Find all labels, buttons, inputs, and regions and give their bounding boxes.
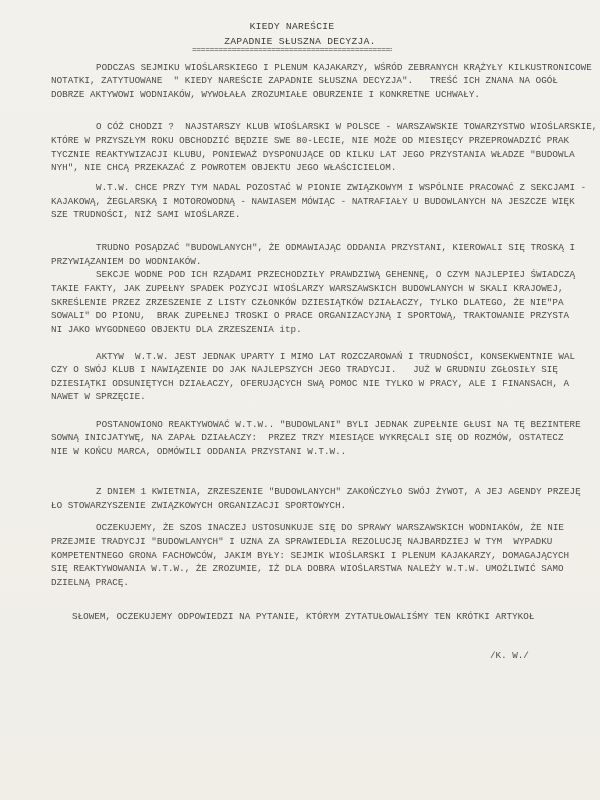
paragraph-7-line-3: NIE W KOŃCU MARCA, ODMÓWILI ODDANIA PRZY… (51, 445, 346, 458)
paragraph-3-line-3: SZE TRUDNOŚCI, NIŻ SAMI WIOŚLARZE. (51, 208, 240, 221)
paragraph-6-line-3: DZIESIĄTKI ODSUNIĘTYCH DZIAŁACZY, OFERUJ… (51, 377, 569, 390)
paragraph-6-line-4: NAWET W SPRZĘCIE. (51, 390, 146, 403)
paragraph-3-line-2: KAJAKOWĄ, ŻEGLARSKĄ I MOTOROWODNĄ - NAWI… (51, 195, 575, 208)
paragraph-9-line-4: SIĘ REAKTYWOWANIA W.T.W., ŻE ZROZUMIE, I… (51, 562, 564, 575)
paragraph-4-line-2: PRZYWIĄZANIEM DO WODNIAKÓW. (51, 255, 201, 268)
paragraph-1-line-1: PODCZAS SEJMIKU WIOŚLARSKIEGO I PLENUM K… (96, 61, 592, 74)
author-signature: /K. W./ (490, 650, 529, 661)
paragraph-5-line-3: SKREŚLENIE PRZEZ ZRZESZENIE Z LISTY CZŁO… (51, 296, 564, 309)
title-underline-rule: ========================================… (192, 46, 392, 55)
paragraph-1-line-3: DOBRZE AKTYWOWI WODNIAKÓW, WYWOŁAŁA ZROZ… (51, 88, 480, 101)
paragraph-8-line-2: ŁO STOWARZYSZENIE ZWIĄZKOWYCH ORGANIZACJ… (51, 499, 346, 512)
paragraph-7-line-2: SOWNĄ INICJATYWĘ, NA ZAPAŁ DZIAŁACZY: PR… (51, 431, 564, 444)
paragraph-10-line-1: SŁOWEM, OCZEKUJEMY ODPOWIEDZI NA PYTANIE… (72, 610, 534, 623)
paragraph-3-line-1: W.T.W. CHCE PRZY TYM NADAL POZOSTAĆ W PI… (96, 181, 586, 194)
paragraph-2-line-2: KTÓRE W PRZYSZŁYM ROKU OBCHODZIĆ BĘDZIE … (51, 134, 569, 147)
paragraph-9-line-3: KOMPETENTNEGO GRONA FACHOWCÓW, JAKIM BYŁ… (51, 549, 569, 562)
paragraph-9-line-5: DZIELNĄ PRACĘ. (51, 576, 129, 589)
paragraph-7-line-1: POSTANOWIONO REAKTYWOWAĆ W.T.W.. "BUDOWL… (96, 418, 581, 431)
typewritten-page: KIEDY NAREŚCIE ZAPADNIE SŁUSZNA DECYZJA.… (0, 0, 600, 800)
document-title-line-1: KIEDY NAREŚCIE (0, 21, 592, 32)
paragraph-2-line-1: O CÓŻ CHODZI ? NAJSTARSZY KLUB WIOŚLARSK… (96, 120, 597, 133)
paragraph-4-line-1: TRUDNO POSĄDZAĆ "BUDOWLANYCH", ŻE ODMAWI… (96, 241, 575, 254)
paragraph-6-line-1: AKTYW W.T.W. JEST JEDNAK UPARTY I MIMO L… (96, 350, 575, 363)
paragraph-6-line-2: CZY O SWÓJ KLUB I NAWIĄZENIE DO JAK NAJL… (51, 363, 558, 376)
paragraph-2-line-3: TYCZNIE REAKTYWIZACJI KLUBU, PONIEWAŻ DY… (51, 148, 575, 161)
paragraph-1-line-2: NOTATKI, ZATYTUOWANE " KIEDY NAREŚCIE ZA… (51, 74, 558, 87)
paragraph-2-line-4: NYH", NIE CHCĄ PRZEKAZAĆ Z POWROTEM OBJE… (51, 161, 396, 174)
paragraph-9-line-2: PRZEJMIE TRADYCJI "BUDOWLANYCH" I UZNA Z… (51, 535, 552, 548)
paragraph-5-line-2: TAKIE FAKTY, JAK ZUPEŁNY SPADEK POZYCJI … (51, 282, 564, 295)
paragraph-9-line-1: OCZEKUJEMY, ŻE SZOS INACZEJ USTOSUNKUJE … (96, 521, 564, 534)
paragraph-5-line-5: NI JAKO WYGODNEGO OBJEKTU DLA ZRZESZENIA… (51, 323, 302, 336)
paragraph-8-line-1: Z DNIEM 1 KWIETNIA, ZRZESZENIE "BUDOWLAN… (96, 485, 581, 498)
paragraph-5-line-4: SOWALI" DO PIONU, BRAK ZUPEŁNEJ TROSKI O… (51, 309, 569, 322)
paragraph-5-line-1: SEKCJE WODNE POD ICH RZĄDAMI PRZECHODZIŁ… (96, 268, 575, 281)
